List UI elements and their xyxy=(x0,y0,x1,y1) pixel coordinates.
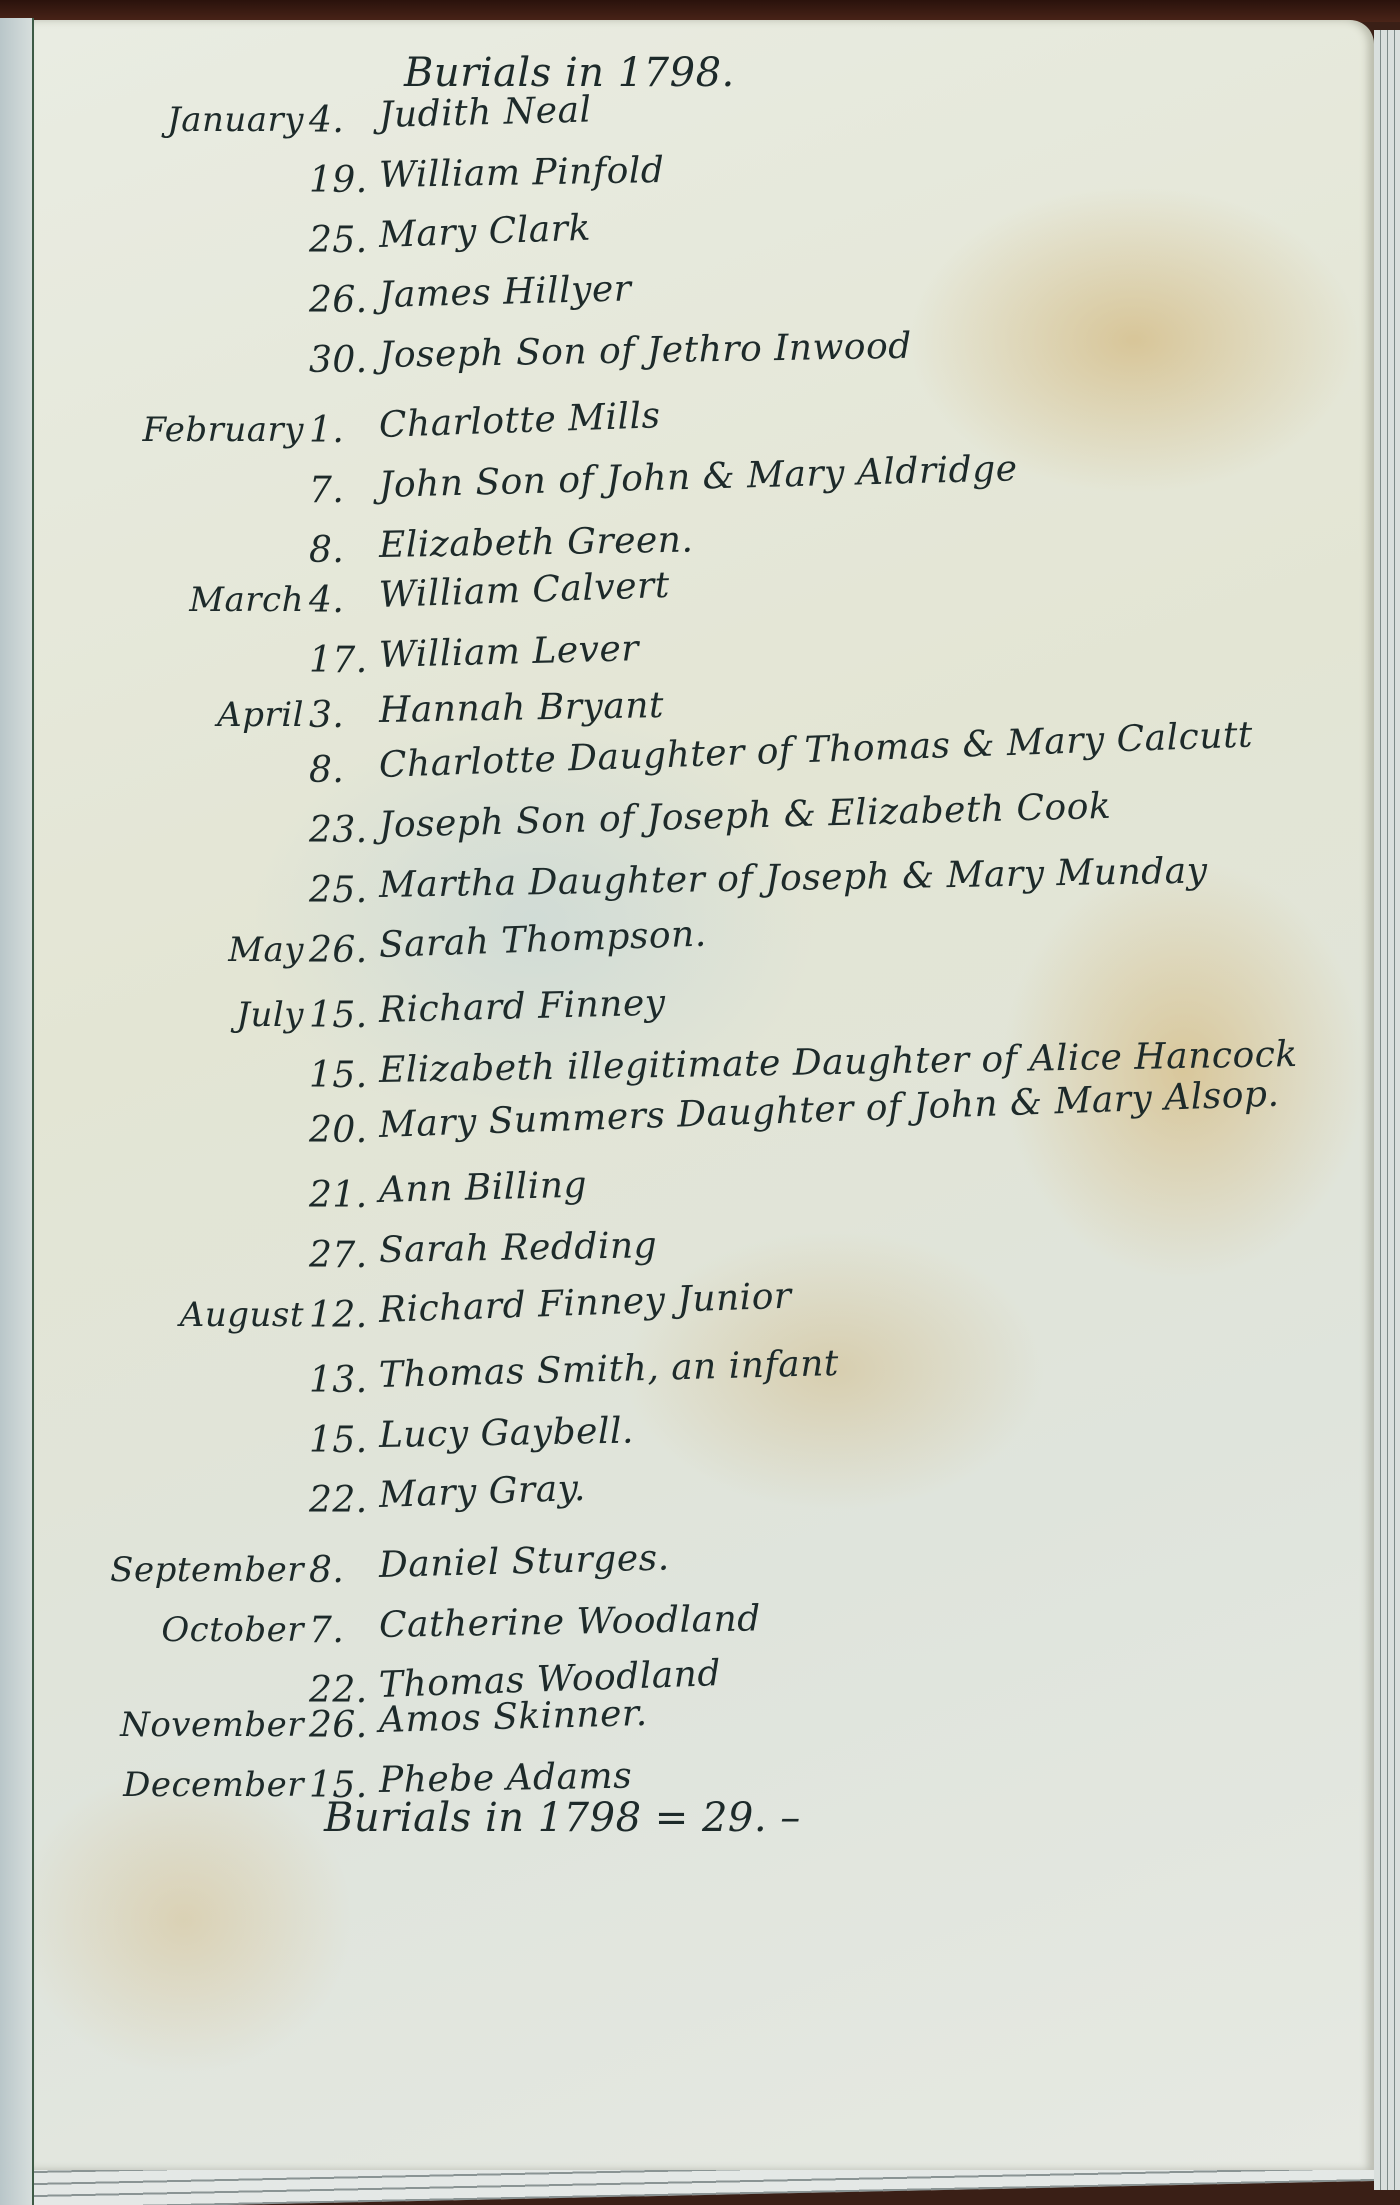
entry-day: 26. xyxy=(309,1705,379,1746)
entry-day: 19. xyxy=(309,160,379,201)
entry-name: William Lever xyxy=(378,628,639,676)
entry-month: July xyxy=(54,995,304,1035)
adjacent-page-edge xyxy=(0,18,34,2205)
burial-total-footer: Burials in 1798 = 29. – xyxy=(324,1795,801,1841)
entry-day: 8. xyxy=(309,1550,379,1591)
entry-day: 25. xyxy=(309,870,379,911)
register-page: Burials in 1798. January 4. Judith Neal … xyxy=(34,20,1374,2170)
entry-name: Charlotte Mills xyxy=(378,395,661,446)
entry-day: 4. xyxy=(309,580,379,621)
book-binding-top xyxy=(0,0,1400,22)
entry-day: 8. xyxy=(309,530,379,571)
entry-day: 8. xyxy=(309,750,379,791)
entry-month: January xyxy=(54,100,304,140)
entry-name: James Hillyer xyxy=(378,268,632,316)
entry-month: October xyxy=(54,1610,304,1650)
entry-name: William Calvert xyxy=(378,565,670,616)
entry-name: William Pinfold xyxy=(379,150,665,196)
entry-day: 12. xyxy=(309,1295,379,1336)
entry-name: Hannah Bryant xyxy=(379,685,665,731)
entry-day: 4. xyxy=(309,100,379,141)
entry-day: 17. xyxy=(309,640,379,681)
entry-name: Mary Gray. xyxy=(378,1468,586,1516)
entry-name: Lucy Gaybell. xyxy=(379,1411,635,1456)
entry-month: December xyxy=(54,1765,304,1805)
entry-name: Judith Neal xyxy=(378,89,592,136)
ink-bleed-through xyxy=(1033,1170,1044,1205)
entry-name: Catherine Woodland xyxy=(379,1598,761,1646)
entry-name: John Son of John & Mary Aldridge xyxy=(378,448,1018,506)
entry-month: March xyxy=(54,580,304,620)
entry-month: April xyxy=(54,695,304,735)
entry-name: Thomas Smith, an infant xyxy=(378,1343,839,1396)
entry-name: Amos Skinner. xyxy=(378,1693,648,1741)
entry-day: 26. xyxy=(309,930,379,971)
entry-month: May xyxy=(54,930,304,970)
entry-day: 20. xyxy=(309,1110,379,1151)
entry-day: 15. xyxy=(309,1420,379,1461)
entry-name: Ann Billing xyxy=(378,1165,587,1211)
entry-name: Joseph Son of Joseph & Elizabeth Cook xyxy=(378,786,1111,846)
entry-day: 27. xyxy=(309,1235,379,1276)
entry-day: 23. xyxy=(309,810,379,851)
entry-name: Joseph Son of Jethro Inwood xyxy=(379,326,912,376)
entry-day: 7. xyxy=(309,470,379,511)
entry-month: September xyxy=(54,1550,304,1590)
entry-name: Mary Clark xyxy=(378,208,591,256)
entry-month: November xyxy=(54,1705,304,1745)
entry-name: Elizabeth Green. xyxy=(379,520,694,566)
entry-month: February xyxy=(54,410,304,450)
entry-day: 15. xyxy=(309,995,379,1036)
entry-day: 1. xyxy=(309,410,379,451)
entry-day: 13. xyxy=(309,1360,379,1401)
entry-day: 22. xyxy=(309,1480,379,1521)
entry-month: August xyxy=(54,1295,304,1335)
entry-name: Richard Finney Junior xyxy=(378,1276,792,1331)
entry-name: Martha Daughter of Joseph & Mary Munday xyxy=(379,851,1208,906)
entry-day: 3. xyxy=(309,695,379,736)
entry-name: Daniel Sturges. xyxy=(378,1537,670,1586)
entry-day: 26. xyxy=(309,280,379,321)
entry-name: Richard Finney xyxy=(378,983,666,1031)
entry-name: Sarah Redding xyxy=(379,1225,658,1271)
entry-day: 25. xyxy=(309,220,379,261)
entry-day: 7. xyxy=(309,1610,379,1651)
page-stack-right-edge xyxy=(1374,30,1400,2190)
entry-name: Sarah Thompson. xyxy=(378,914,707,966)
entry-day: 30. xyxy=(309,340,379,381)
entry-day: 15. xyxy=(309,1055,379,1096)
entry-day: 21. xyxy=(309,1175,379,1216)
